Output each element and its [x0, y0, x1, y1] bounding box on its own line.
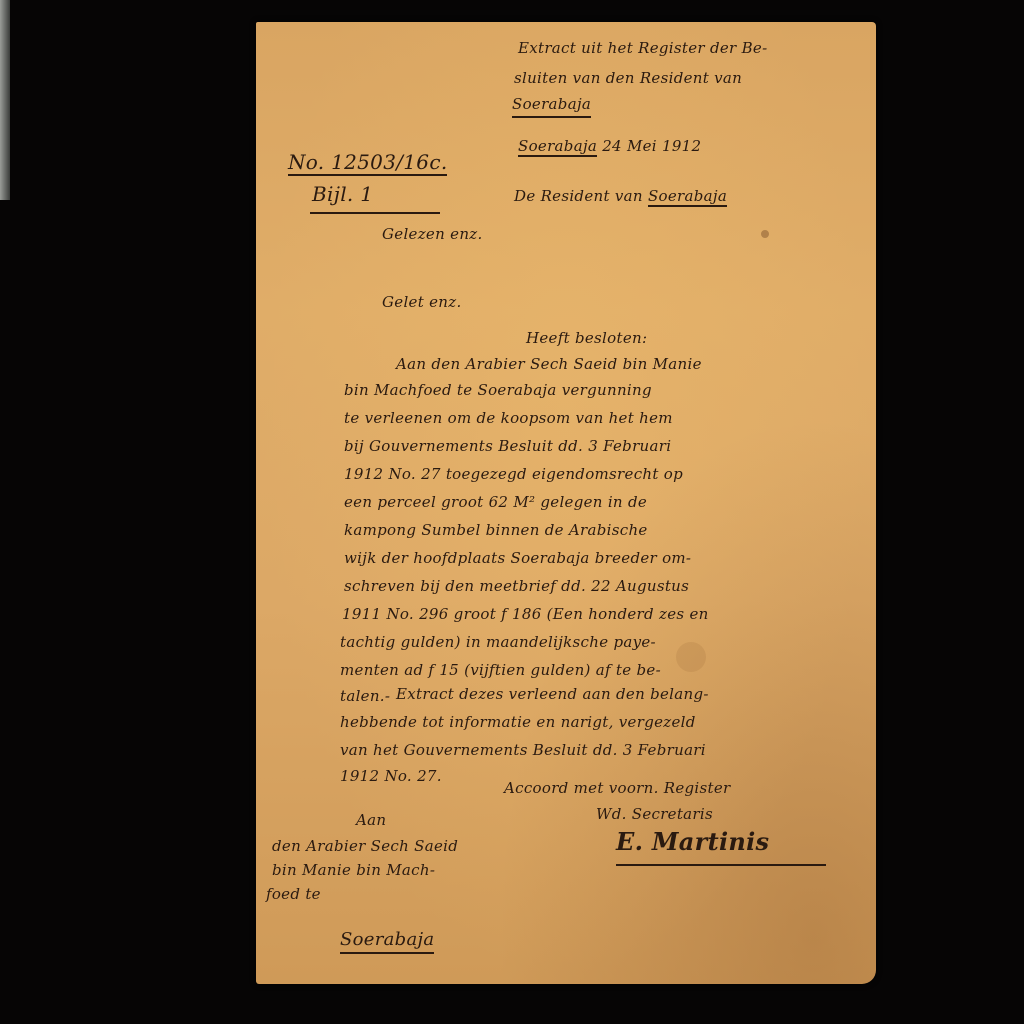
header-line-3: Soerabaja: [512, 92, 591, 118]
extract-note-line: hebbende tot informatie en narigt, verge…: [340, 710, 696, 734]
preamble-considered: Gelet enz.: [382, 290, 462, 314]
decision-line: tachtig gulden) in maandelijksche paye-: [340, 630, 656, 654]
issuer: De Resident van Soerabaja: [514, 184, 727, 208]
background-object-edge: [0, 0, 10, 200]
decision-line: schreven bij den meetbrief dd. 22 August…: [344, 574, 689, 598]
decision-line: bin Machfoed te Soerabaja vergunning: [344, 378, 652, 402]
signature-rule: [616, 864, 826, 866]
header-line-1: Extract uit het Register der Be-: [518, 36, 767, 60]
certification-accord: Accoord met voorn. Register: [504, 776, 730, 800]
decision-line: 1912 No. 27 toegezegd eigendomsrecht op: [344, 462, 683, 486]
decision-line: 1911 No. 296 groot f 186 (Een honderd ze…: [342, 602, 709, 626]
decision-line: kampong Sumbel binnen de Arabische: [344, 518, 648, 542]
document-paper: Extract uit het Register der Be- sluiten…: [256, 22, 876, 984]
signature: E. Martinis: [616, 830, 769, 854]
addressee-line: Aan: [356, 808, 386, 832]
issuer-place: Soerabaja: [648, 187, 727, 207]
paper-stain: [761, 230, 769, 238]
decision-line: talen.-: [340, 684, 390, 708]
place-date: Soerabaja 24 Mei 1912: [518, 134, 701, 158]
decision-line: Aan den Arabier Sech Saeid bin Manie: [396, 352, 702, 376]
decision-line: een perceel groot 62 M² gelegen in de: [344, 490, 647, 514]
addressee-line: bin Manie bin Mach-: [272, 858, 435, 882]
decision-heading: Heeft besloten:: [526, 326, 647, 350]
certification-role: Wd. Secretaris: [596, 802, 713, 826]
preamble-read: Gelezen enz.: [382, 222, 483, 246]
addressee-place: Soerabaja: [340, 928, 434, 954]
extract-note-line: Extract dezes verleend aan den belang-: [396, 682, 709, 706]
place: Soerabaja: [518, 137, 597, 157]
addressee-line: den Arabier Sech Saeid: [272, 834, 458, 858]
decision-line: bij Gouvernements Besluit dd. 3 Februari: [344, 434, 671, 458]
underline-rule: [310, 212, 440, 214]
decision-line: te verleenen om de koopsom van het hem: [344, 406, 673, 430]
attachment-label: Bijl. 1: [312, 182, 373, 206]
decision-line: wijk der hoofdplaats Soerabaja breeder o…: [344, 546, 691, 570]
addressee-line: foed te: [266, 882, 321, 906]
date: 24 Mei 1912: [602, 137, 701, 155]
issuer-prefix: De Resident van: [514, 187, 643, 205]
reference-number: No. 12503/16c.: [288, 150, 447, 176]
header-line-2: sluiten van den Resident van: [514, 66, 742, 90]
decision-line: menten ad f 15 (vijftien gulden) af te b…: [340, 658, 661, 682]
extract-note-line: van het Gouvernements Besluit dd. 3 Febr…: [340, 738, 706, 762]
paper-stain: [676, 642, 706, 672]
extract-note-line: 1912 No. 27.: [340, 764, 442, 788]
